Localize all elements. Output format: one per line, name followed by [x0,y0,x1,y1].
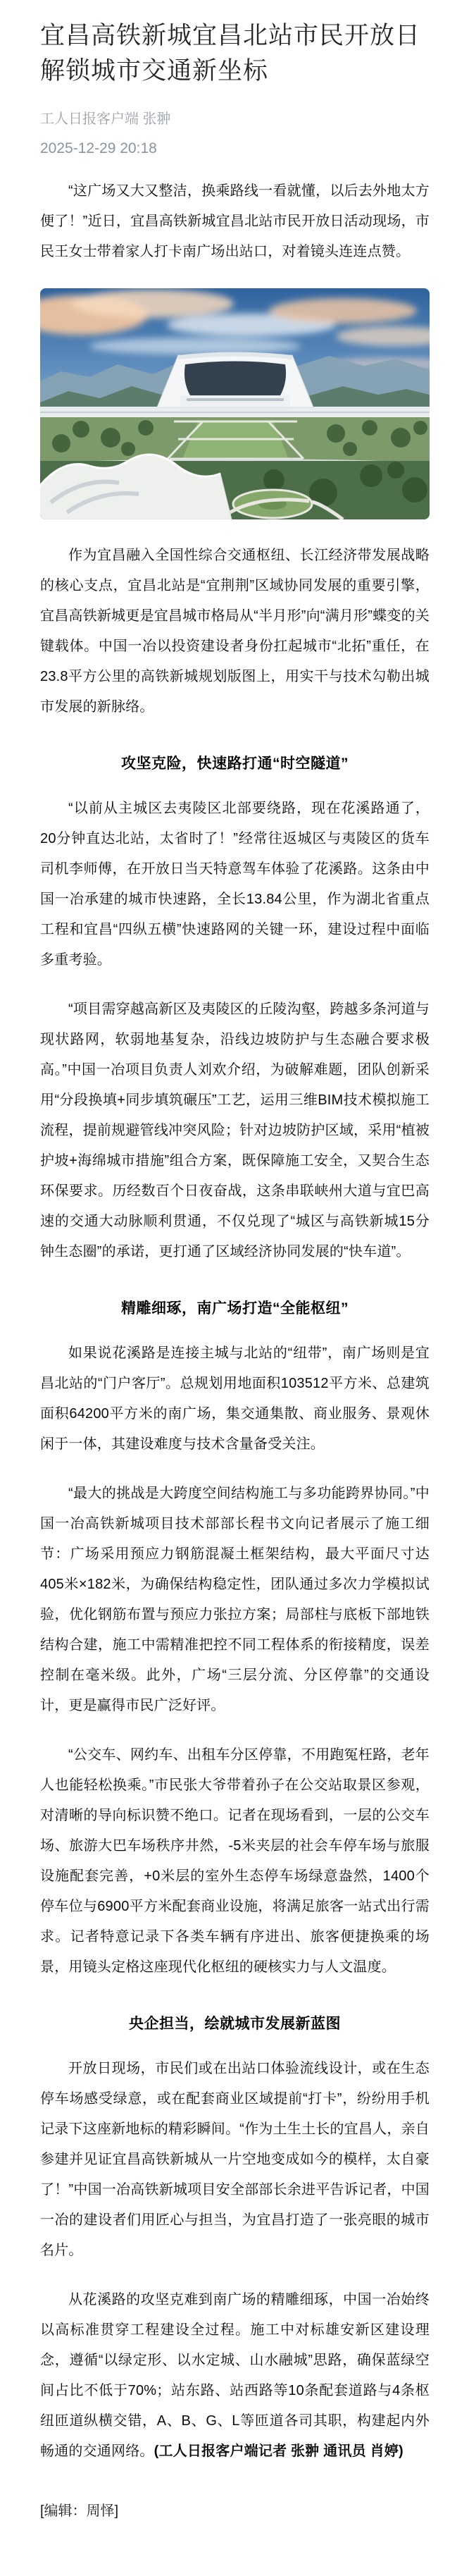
article-body: “这广场又大又整洁，换乘路线一看就懂，以后去外地太方便了！”近日，宜昌高铁新城宜… [40,176,430,2467]
station-aerial-photo [40,288,430,519]
editor-note: [编辑：周怿] [40,2499,430,2520]
paragraph-context: 作为宜昌融入全国性综合交通枢纽、长江经济带发展战略的核心支点，宜昌北站是“宜荆荆… [40,541,430,722]
article-byline: 工人日报客户端 张翀 [40,107,430,128]
paragraph-driver-quote: “以前从主城区去夷陵区北部要绕路，现在花溪路通了，20分钟直达北站，太省时了！”… [40,794,430,975]
paragraph-closing: 从花溪路的攻坚克难到南广场的精雕细琢，中国一冶始终以高标准贯穿工程建设全过程。施… [40,2285,430,2467]
publish-time: 2025-12-29 20:18 [40,140,430,157]
station-aerial-photo-illustration [40,288,430,519]
paragraph-transfer-experience: “公交车、网约车、出租车分区停靠，不用跑冤枉路，老年人也能轻松换乘。”市民张大爷… [40,1740,430,1983]
paragraph-plaza-overview: 如果说花溪路是连接主城与北站的“纽带”，南广场则是宜昌北站的“门户客厅”。总规划… [40,1338,430,1460]
section-heading-blueprint: 央企担当，绘就城市发展新蓝图 [40,2014,430,2035]
section-heading-expressway: 攻坚克险，快速路打通“时空隧道” [40,753,430,775]
paragraph-structure-detail: “最大的挑战是大跨度空间结构施工与多功能跨界协同。”中国一冶高铁新城项目技术部部… [40,1479,430,1721]
section-heading-south-plaza: 精雕细琢，南广场打造“全能枢纽” [40,1298,430,1319]
reporter-credit: (工人日报客户端记者 张翀 通讯员 肖婷) [154,2443,404,2459]
article-title: 宜昌高铁新城宜昌北站市民开放日解锁城市交通新坐标 [40,18,430,89]
paragraph-lede: “这广场又大又整洁，换乘路线一看就懂，以后去外地太方便了！”近日，宜昌高铁新城宜… [40,176,430,267]
article-page: 宜昌高铁新城宜昌北站市民开放日解锁城市交通新坐标 工人日报客户端 张翀 2025… [0,0,469,2576]
paragraph-engineering: “项目需穿越高新区及夷陵区的丘陵沟壑，跨越多条河道与现状路网，软弱地基复杂，沿线… [40,994,430,1267]
paragraph-open-day: 开放日现场，市民们或在出站口体验流线设计，或在生态停车场感受绿意，或在配套商业区… [40,2054,430,2266]
closing-text: 从花溪路的攻坚克难到南广场的精雕细琢，中国一冶始终以高标准贯穿工程建设全过程。施… [40,2292,430,2459]
